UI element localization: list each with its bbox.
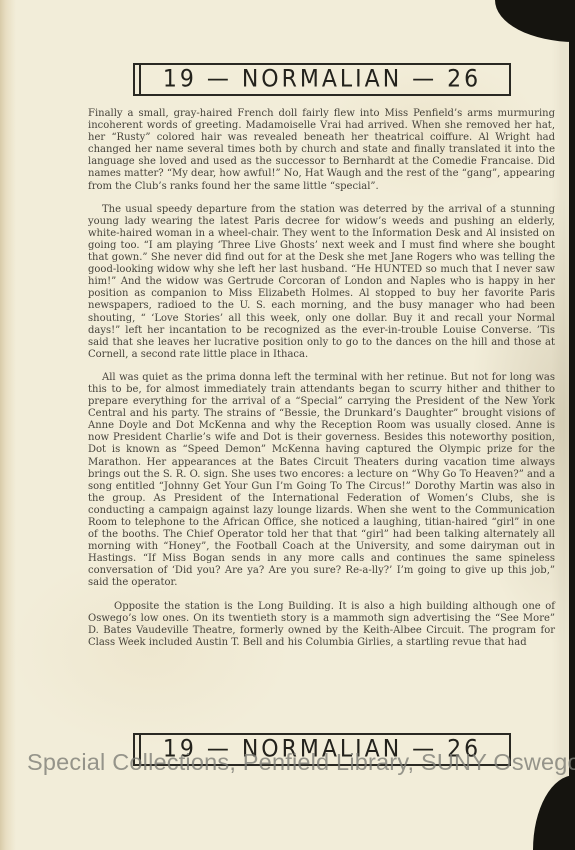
- page-body: Finally a small, gray-haired French doll…: [88, 108, 555, 649]
- body-paragraph: Opposite the station is the Long Buildin…: [88, 601, 555, 649]
- scanned-yearbook-page: 19 — NORMALIAN — 26 Finally a small, gra…: [0, 0, 575, 850]
- header-banner-title: 19 — NORMALIAN — 26: [163, 66, 481, 93]
- header-banner: 19 — NORMALIAN — 26: [133, 63, 511, 96]
- body-paragraph: Finally a small, gray-haired French doll…: [88, 108, 555, 193]
- body-paragraph: The usual speedy departure from the stat…: [88, 204, 555, 361]
- scan-edge-right: [569, 0, 575, 850]
- library-watermark: Special Collections, Penfield Library, S…: [27, 749, 572, 776]
- page-edge-shadow-left: [0, 0, 16, 850]
- body-paragraph: All was quiet as the prima donna left th…: [88, 372, 555, 590]
- scan-corner-bottom-right: [533, 775, 575, 850]
- scan-corner-top-right: [495, 0, 575, 42]
